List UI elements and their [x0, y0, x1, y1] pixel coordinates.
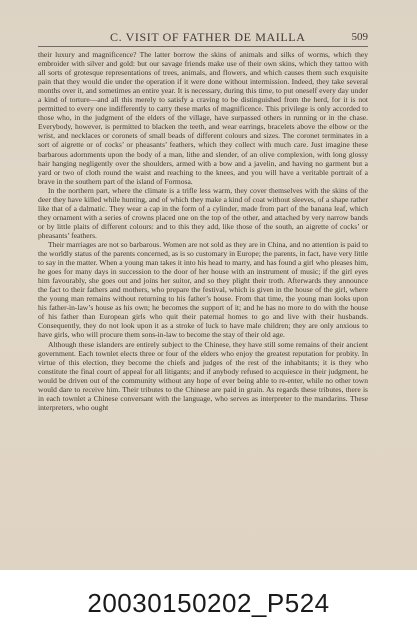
header-rule — [38, 46, 368, 47]
paragraph: Although these islanders are entirely su… — [38, 340, 368, 412]
scanned-page: C. VISIT OF FATHER DE MAILLA 509 their l… — [0, 0, 417, 570]
page-number: 509 — [352, 31, 369, 43]
page-header: C. VISIT OF FATHER DE MAILLA 509 — [38, 30, 368, 46]
image-id-caption: 20030150202_P524 — [0, 588, 417, 619]
running-head: C. VISIT OF FATHER DE MAILLA — [110, 30, 305, 45]
paragraph: In the northern part, where the climate … — [38, 186, 368, 240]
paragraph: their luxury and magnificence? The latte… — [38, 50, 368, 186]
paragraph: Their marriages are not so barbarous. Wo… — [38, 240, 368, 340]
body-text: their luxury and magnificence? The latte… — [38, 50, 368, 412]
